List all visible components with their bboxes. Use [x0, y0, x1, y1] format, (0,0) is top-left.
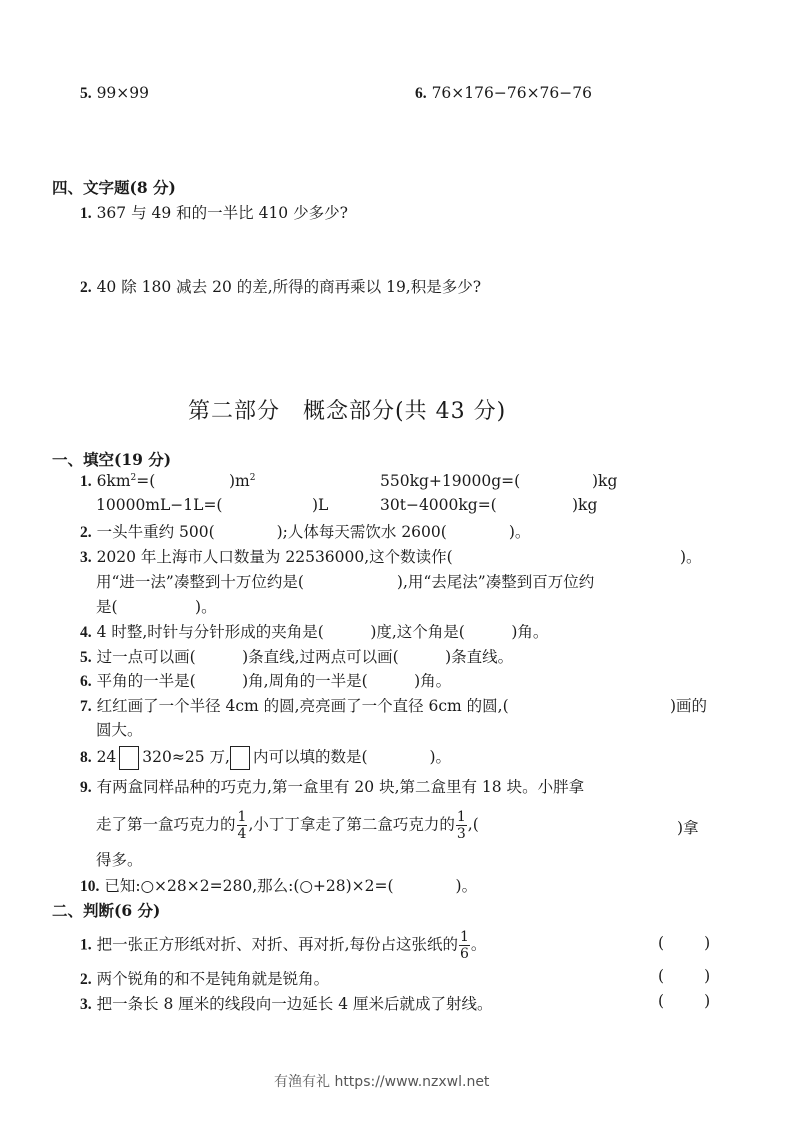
item-text: 2020 年上海市人口数量为 22536000,这个数读作(: [97, 548, 453, 566]
numerator: 1: [237, 810, 248, 826]
superscript: 2: [250, 473, 256, 483]
item-text: 99×99: [97, 84, 149, 102]
expr: 24: [97, 748, 117, 766]
word-problem-1: 1. 367 与 49 和的一半比 410 少多少?: [80, 201, 348, 223]
item-text: 把一张正方形纸对折、对折、再对折,每份占这张纸的: [97, 936, 458, 954]
fraction: 13: [456, 810, 467, 841]
fill-q1-d-unit: )kg: [572, 496, 597, 514]
fill-q7-line1-end: )画的: [670, 694, 707, 716]
item-number: 2.: [80, 279, 92, 296]
fill-q7-line2: 圆大。: [96, 718, 143, 740]
item-text: 红红画了一个半径 4cm 的圆,亮亮画了一个直径 6cm 的圆,(: [97, 697, 509, 715]
text: 走了第一盒巧克力的: [96, 816, 236, 834]
item-number: 7.: [80, 698, 92, 715]
close-paren: ): [704, 992, 710, 1010]
fill-q9-line3: 得多。: [96, 848, 143, 870]
text: 。: [471, 936, 487, 954]
item-number: 9.: [80, 779, 92, 796]
judge-item-2: 2. 两个锐角的和不是钝角就是锐角。: [80, 967, 329, 989]
judge-item-3: 3. 把一条长 8 厘米的线段向一边延长 4 厘米后就成了射线。: [80, 992, 493, 1014]
open-paren: (: [658, 967, 664, 985]
item-text: 367 与 49 和的一半比 410 少多少?: [97, 204, 348, 222]
fill-q5: 5. 过一点可以画( )条直线,过两点可以画( )条直线。: [80, 645, 513, 667]
fill-q3-line1-end: )。: [680, 545, 702, 567]
denominator: 3: [456, 826, 467, 841]
denominator: 6: [459, 946, 470, 961]
calc-item-5: 5. 99×99: [80, 84, 149, 103]
item-number: 5.: [80, 85, 92, 102]
section-heading-fill-blank: 一、填空(19 分): [52, 448, 171, 470]
item-number: 2.: [80, 524, 92, 541]
part-title: 第二部分 概念部分(共 43 分): [188, 394, 506, 425]
fill-q3-line1: 3. 2020 年上海市人口数量为 22536000,这个数读作(: [80, 545, 453, 567]
denominator: 4: [237, 826, 248, 841]
item-text: 76×176−76×76−76: [432, 84, 592, 102]
item-text: 40 除 180 减去 20 的差,所得的商再乘以 19,积是多少?: [97, 278, 481, 296]
judge-answer-3[interactable]: (): [658, 992, 710, 1010]
item-number: 1.: [80, 473, 92, 490]
item-text: 把一条长 8 厘米的线段向一边延长 4 厘米后就成了射线。: [97, 995, 493, 1013]
expr: 320≈25 万,: [142, 748, 230, 766]
fill-q2: 2. 一头牛重约 500( );人体每天需饮水 2600( )。: [80, 520, 530, 542]
open-paren: (: [658, 934, 664, 952]
fill-q3-line2: 用“进一法”凑整到十万位约是( ),用“去尾法”凑整到百万位约: [96, 570, 594, 592]
fill-q9-line2: 走了第一盒巧克力的14,小丁丁拿走了第二盒巧克力的13,(: [96, 810, 479, 841]
judge-answer-2[interactable]: (): [658, 967, 710, 985]
fill-q3-line3: 是( )。: [96, 595, 217, 617]
text: ,(: [468, 816, 479, 834]
calc-item-6: 6. 76×176−76×76−76: [415, 84, 592, 103]
section-heading-judge: 二、判断(6 分): [52, 899, 160, 921]
fill-q1-d: 30t−4000kg=(: [380, 496, 497, 514]
item-number: 1.: [80, 205, 92, 222]
section-heading-word-problems: 四、文字题(8 分): [52, 176, 176, 198]
judge-item-1: 1. 把一张正方形纸对折、对折、再对折,每份占这张纸的16。: [80, 930, 486, 961]
item-number: 3.: [80, 996, 92, 1013]
fraction: 16: [459, 930, 470, 961]
fill-q6: 6. 平角的一半是( )角,周角的一半是( )角。: [80, 669, 451, 691]
item-text: 4 时整,时针与分针形成的夹角是( )度,这个角是( )角。: [97, 623, 549, 641]
word-problem-2: 2. 40 除 180 减去 20 的差,所得的商再乘以 19,积是多少?: [80, 275, 481, 297]
unit: )m: [229, 472, 250, 490]
item-number: 3.: [80, 549, 92, 566]
item-number: 2.: [80, 971, 92, 988]
expr: 内可以填的数是( )。: [253, 748, 451, 766]
item-number: 5.: [80, 649, 92, 666]
numerator: 1: [459, 930, 470, 946]
fill-q1-unit-a: )m2: [229, 472, 255, 490]
fill-q8: 8. 24320≈25 万,内可以填的数是( )。: [80, 745, 451, 770]
item-number: 1.: [80, 937, 92, 954]
item-text: 两个锐角的和不是钝角就是锐角。: [97, 970, 330, 988]
item-number: 8.: [80, 749, 92, 766]
empty-box: [230, 746, 250, 770]
fill-q9-line1: 9. 有两盒同样品种的巧克力,第一盒里有 20 块,第二盒里有 18 块。小胖拿: [80, 775, 584, 797]
item-number: 6.: [80, 673, 92, 690]
item-text: 有两盒同样品种的巧克力,第一盒里有 20 块,第二盒里有 18 块。小胖拿: [97, 778, 585, 796]
expr: =(: [136, 472, 155, 490]
fraction: 14: [237, 810, 248, 841]
fill-q1-b: 550kg+19000g=(: [380, 472, 520, 490]
fill-q7-line1: 7. 红红画了一个半径 4cm 的圆,亮亮画了一个直径 6cm 的圆,(: [80, 694, 509, 716]
text: ,小丁丁拿走了第二盒巧克力的: [248, 816, 454, 834]
item-text: 已知:○×28×2=280,那么:(○+28)×2=( )。: [104, 877, 477, 895]
fill-q4: 4. 4 时整,时针与分针形成的夹角是( )度,这个角是( )角。: [80, 620, 548, 642]
item-text: 过一点可以画( )条直线,过两点可以画( )条直线。: [97, 648, 514, 666]
item-text: 一头牛重约 500( );人体每天需饮水 2600( )。: [97, 523, 531, 541]
numerator: 1: [456, 810, 467, 826]
fill-q10: 10. 已知:○×28×2=280,那么:(○+28)×2=( )。: [80, 874, 477, 896]
close-paren: ): [704, 934, 710, 952]
fill-q1-c-unit: )L: [312, 496, 328, 514]
item-number: 10.: [80, 878, 99, 895]
fill-q9-line2-end: )拿: [677, 816, 699, 838]
judge-answer-1[interactable]: (): [658, 934, 710, 952]
item-number: 6.: [415, 85, 427, 102]
footer-watermark: 有渔有礼 https://www.nzxwl.net: [274, 1071, 489, 1091]
close-paren: ): [704, 967, 710, 985]
item-number: 4.: [80, 624, 92, 641]
empty-box: [119, 746, 139, 770]
item-text: 平角的一半是( )角,周角的一半是( )角。: [97, 672, 452, 690]
fill-q1-b-unit: )kg: [592, 472, 617, 490]
fill-q1-c: 10000mL−1L=(: [96, 496, 222, 514]
fill-q1-line1-left: 1. 6km2=(: [80, 472, 155, 491]
expr: 6km: [97, 472, 131, 490]
open-paren: (: [658, 992, 664, 1010]
